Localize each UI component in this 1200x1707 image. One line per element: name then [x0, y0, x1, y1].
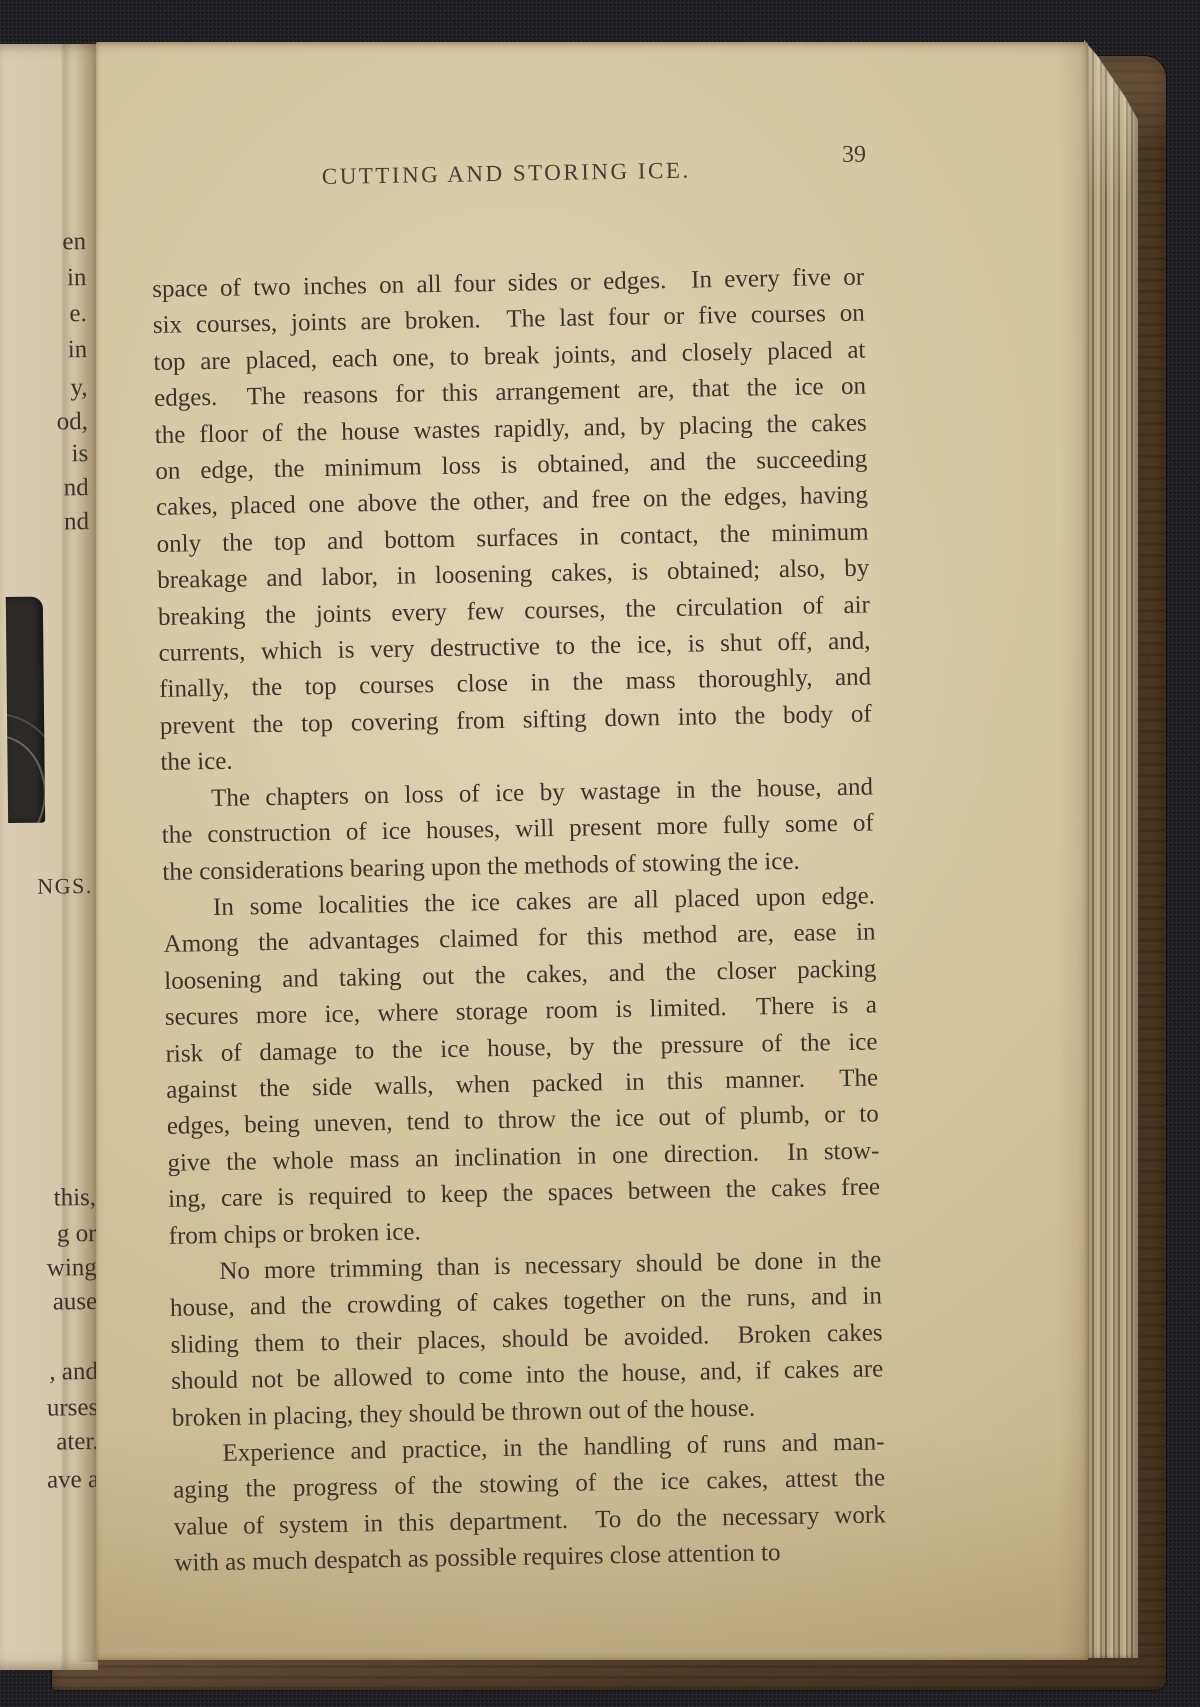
left-page-line-fragment: this, [54, 1183, 97, 1213]
running-header: CUTTING AND STORING ICE. [150, 150, 863, 198]
left-page-line-fragment: in [68, 335, 88, 365]
left-page-sliver: enine.iny,od,isndndthis,g orwingause, an… [0, 44, 98, 1670]
left-page-line-fragment: od, [57, 407, 89, 437]
page-number: 39 [842, 142, 866, 169]
left-page-line-fragment: in [67, 263, 87, 293]
left-page-line-fragment: urses [47, 1393, 99, 1424]
left-page-line-fragment: e. [69, 299, 87, 329]
left-page-line-fragment: nd [64, 507, 89, 537]
page-edges-stack [1084, 40, 1138, 1658]
left-page-figure [6, 597, 45, 823]
left-page-line-fragment: ave a [47, 1465, 99, 1496]
left-page-fragments: enine.iny,od,isndndthis,g orwingause, an… [0, 43, 98, 44]
paragraph: No more trimming than is necessary shoul… [169, 1242, 884, 1436]
left-page-line-fragment: wing [47, 1253, 97, 1284]
book-scan: enine.iny,od,isndndthis,g orwingause, an… [0, 0, 1200, 1707]
left-page-line-fragment: g or [57, 1219, 97, 1249]
left-page-line-fragment: is [71, 439, 88, 469]
paragraph: In some localities the ice cakes are all… [163, 878, 881, 1254]
page-text: CUTTING AND STORING ICE. 39 space of two… [150, 150, 887, 1583]
paragraph: space of two inches on all four sides or… [152, 260, 873, 782]
left-page-line-fragment: ause [53, 1287, 98, 1317]
running-header-row: CUTTING AND STORING ICE. 39 [150, 150, 863, 198]
book-page: CUTTING AND STORING ICE. 39 space of two… [96, 42, 1088, 1660]
left-page-line-fragment: en [62, 227, 86, 257]
figure-caption-fragment: NGS. [37, 871, 93, 902]
left-page-line-fragment: nd [63, 473, 88, 503]
left-page-line-fragment: y, [70, 373, 87, 403]
body-text: space of two inches on all four sides or… [152, 260, 887, 1583]
left-page-line-fragment: , and [49, 1357, 98, 1388]
left-page-line-fragment: ater. [56, 1427, 99, 1457]
paragraph: Experience and practice, in the handling… [172, 1424, 886, 1582]
paragraph: The chapters on loss of ice by wastage i… [161, 769, 875, 891]
figure-arc [6, 712, 45, 823]
